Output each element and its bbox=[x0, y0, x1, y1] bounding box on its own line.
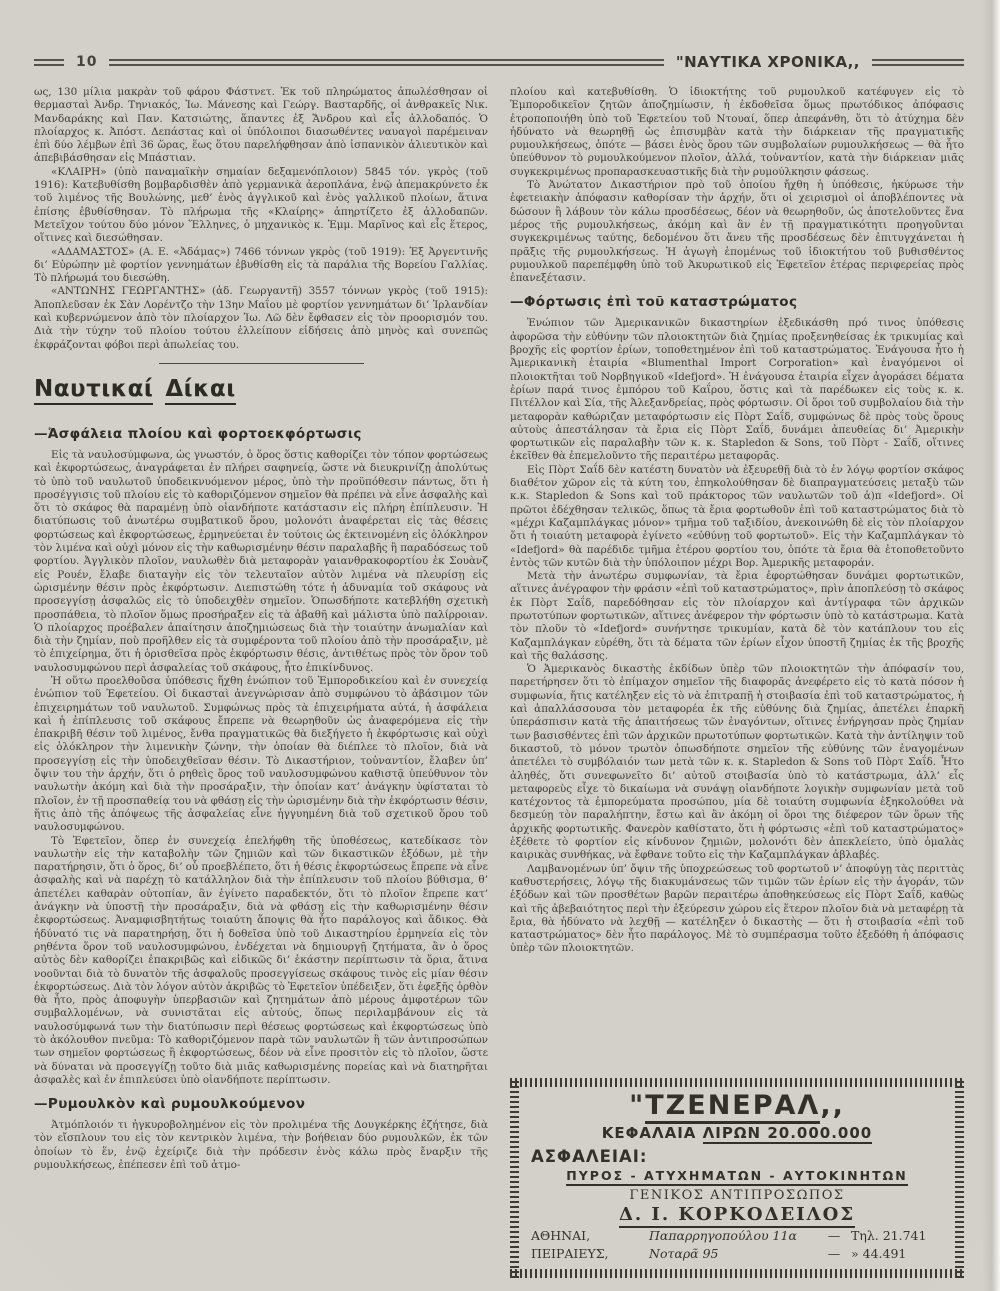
subsection-heading-safety: —Ἀσφάλεια πλοίου καὶ φορτοεκφόρτωσις bbox=[34, 426, 488, 442]
ad-branches-text: ΠΥΡΟΣ - ΑΤΥΧΗΜΑΤΩΝ - ΑΥΤΟΚΙΝΗΤΩΝ bbox=[566, 1168, 907, 1186]
double-rule bbox=[109, 59, 663, 66]
ad-company-name: "ΤΖΕΝΕΡΑΛ,, bbox=[531, 1091, 943, 1121]
double-rule bbox=[34, 59, 64, 66]
ad-hatched-border bbox=[510, 1269, 964, 1278]
right-column: πλοίου καὶ κατεβυθίσθη. Ὁ ἰδιοκτήτης τοῦ… bbox=[510, 86, 964, 1278]
ad-capital-value: ΛΙΡΩΝ 20.000.000 bbox=[703, 1124, 873, 1144]
ad-address-row: ΑΘΗΝΑΙ, Παπαρρηγοπούλου 11α — Τηλ. 21.74… bbox=[531, 1228, 943, 1243]
article-paragraph: Εἰς τὰ ναυλοσύμφωνα, ὡς γνωστόν, ὁ ὅρος … bbox=[34, 449, 488, 675]
ad-street: Παπαρρηγοπούλου 11α bbox=[649, 1228, 817, 1243]
scanned-magazine-page: 10 "ΝΑΥΤΙΚΑ ΧΡΟΝΙΚΑ,, ως, 130 μίλια μακρ… bbox=[0, 0, 1000, 1291]
ad-phone: Τηλ. 21.741 bbox=[851, 1228, 943, 1243]
subsection-heading-deck-cargo: —Φόρτωσις ἐπὶ τοῦ καταστρώματος bbox=[510, 294, 964, 310]
article-paragraph: «ΑΔΑΜΑΣΤΟΣ» (Α. Ε. «Ἀδάμας») 7466 τόννων… bbox=[34, 246, 488, 286]
article-paragraph: «ΚΛΑΙΡΗ» (ὑπὸ παναμαϊκὴν σημαίαν δεξαμεν… bbox=[34, 166, 488, 246]
article-paragraph: ως, 130 μίλια μακρὰν τοῦ φάρου Φάστνετ. … bbox=[34, 86, 488, 166]
ad-address-row: ΠΕΙΡΑΙΕΥΣ, Νοταρᾶ 95 — » 44.491 bbox=[531, 1246, 943, 1261]
ad-capital-line: ΚΕΦΑΛΑΙΑ ΛΙΡΩΝ 20.000.000 bbox=[531, 1124, 943, 1142]
magazine-title: "ΝΑΥΤΙΚΑ ΧΡΟΝΙΚΑ,, bbox=[676, 53, 860, 71]
ad-phone: » 44.491 bbox=[851, 1246, 943, 1261]
ad-open-quote: " bbox=[629, 1090, 645, 1121]
article-paragraph: Τὸ Ἀνώτατον Δικαστήριον πρὸ τοῦ ὁποίου ἤ… bbox=[510, 179, 964, 285]
ad-dash: — bbox=[817, 1228, 851, 1243]
section-heading-word: Ναυτικαί bbox=[34, 376, 153, 405]
article-paragraph: Τὸ Ἐφετεῖον, ὅπερ ἐν συνεχείᾳ ἐπελήφθη τ… bbox=[34, 835, 488, 1088]
article-paragraph: «ΑΝΤΩΝΗΣ ΓΕΩΡΓΑΝΤΗΣ» (ἀδ. Γεωργαντῆ) 355… bbox=[34, 285, 488, 351]
ad-capital-label: ΚΕΦΑΛΑΙΑ bbox=[602, 1124, 697, 1142]
two-column-body: ως, 130 μίλια μακρὰν τοῦ φάρου Φάστνετ. … bbox=[34, 86, 964, 1278]
ad-insurance-label: ΑΣΦΑΛΕΙΑΙ: bbox=[531, 1147, 943, 1166]
page-number: 10 bbox=[76, 54, 97, 70]
left-column: ως, 130 μίλια μακρὰν τοῦ φάρου Φάστνετ. … bbox=[34, 86, 488, 1278]
article-paragraph: Εἰς Πὸρτ Σαΐδ δὲν κατέστη δυνατὸν νὰ ἐξε… bbox=[510, 464, 964, 570]
article-paragraph: Ἐνώπιον τῶν Ἀμερικανικῶν δικαστηρίων ἐξε… bbox=[510, 317, 964, 463]
article-paragraph: Ὁ Ἀμερικανὸς δικαστὴς ἐκδίδων ὑπὲρ τῶν π… bbox=[510, 663, 964, 862]
ad-content: "ΤΖΕΝΕΡΑΛ,, ΚΕΦΑΛΑΙΑ ΛΙΡΩΝ 20.000.000 ΑΣ… bbox=[519, 1087, 955, 1269]
section-heading-word: Δίκαι bbox=[165, 376, 235, 405]
ad-city: ΠΕΙΡΑΙΕΥΣ, bbox=[531, 1246, 649, 1261]
ad-company-name-text: ΤΖΕΝΕΡΑΛ bbox=[645, 1090, 820, 1124]
article-paragraph: Ἀτμόπλοιόν τι ἠγκυροβολημένον εἰς τὸν πρ… bbox=[34, 1119, 488, 1172]
article-paragraph: Ἡ οὕτω προελθοῦσα ὑπόθεσις ἤχθη ἐνώπιον … bbox=[34, 675, 488, 835]
article-paragraph: Μετὰ τὴν ἀνωτέρω συμφωνίαν, τὰ ἔρια ἐφορ… bbox=[510, 570, 964, 663]
double-rule bbox=[872, 59, 964, 66]
section-heading: ΝαυτικαίΔίκαι bbox=[34, 376, 488, 405]
article-paragraph: πλοίου καὶ κατεβυθίσθη. Ὁ ἰδιοκτήτης τοῦ… bbox=[510, 86, 964, 179]
subsection-heading-tug: —Ρυμουλκὸν καὶ ρυμουλκούμενον bbox=[34, 1096, 488, 1112]
article-paragraph: Λαμβανομένων ὑπ’ ὄψιν τῆς ὑποχρεώσεως το… bbox=[510, 863, 964, 956]
ad-city: ΑΘΗΝΑΙ, bbox=[531, 1228, 649, 1243]
ad-agent-label: ΓΕΝΙΚΟΣ ΑΝΤΙΠΡΟΣΩΠΟΣ bbox=[531, 1188, 943, 1203]
ad-close-quote: ,, bbox=[820, 1090, 845, 1121]
ad-hatched-border bbox=[510, 1078, 964, 1087]
ad-dash: — bbox=[817, 1246, 851, 1261]
ad-agent-name: Δ. Ι. ΚΟΡΚΟΔΕΙΛΟΣ bbox=[531, 1204, 943, 1225]
ad-branches-line: ΠΥΡΟΣ - ΑΤΥΧΗΜΑΤΩΝ - ΑΥΤΟΚΙΝΗΤΩΝ bbox=[531, 1168, 943, 1183]
ad-street: Νοταρᾶ 95 bbox=[649, 1246, 817, 1261]
advertisement-tzeneral: "ΤΖΕΝΕΡΑΛ,, ΚΕΦΑΛΑΙΑ ΛΙΡΩΝ 20.000.000 ΑΣ… bbox=[510, 1078, 964, 1278]
ad-hatched-border bbox=[510, 1078, 519, 1278]
masthead: 10 "ΝΑΥΤΙΚΑ ΧΡΟΝΙΚΑ,, bbox=[34, 52, 964, 72]
section-divider bbox=[159, 363, 364, 364]
ad-agent-name-text: Δ. Ι. ΚΟΡΚΟΔΕΙΛΟΣ bbox=[619, 1204, 855, 1228]
ad-hatched-border bbox=[955, 1078, 964, 1278]
